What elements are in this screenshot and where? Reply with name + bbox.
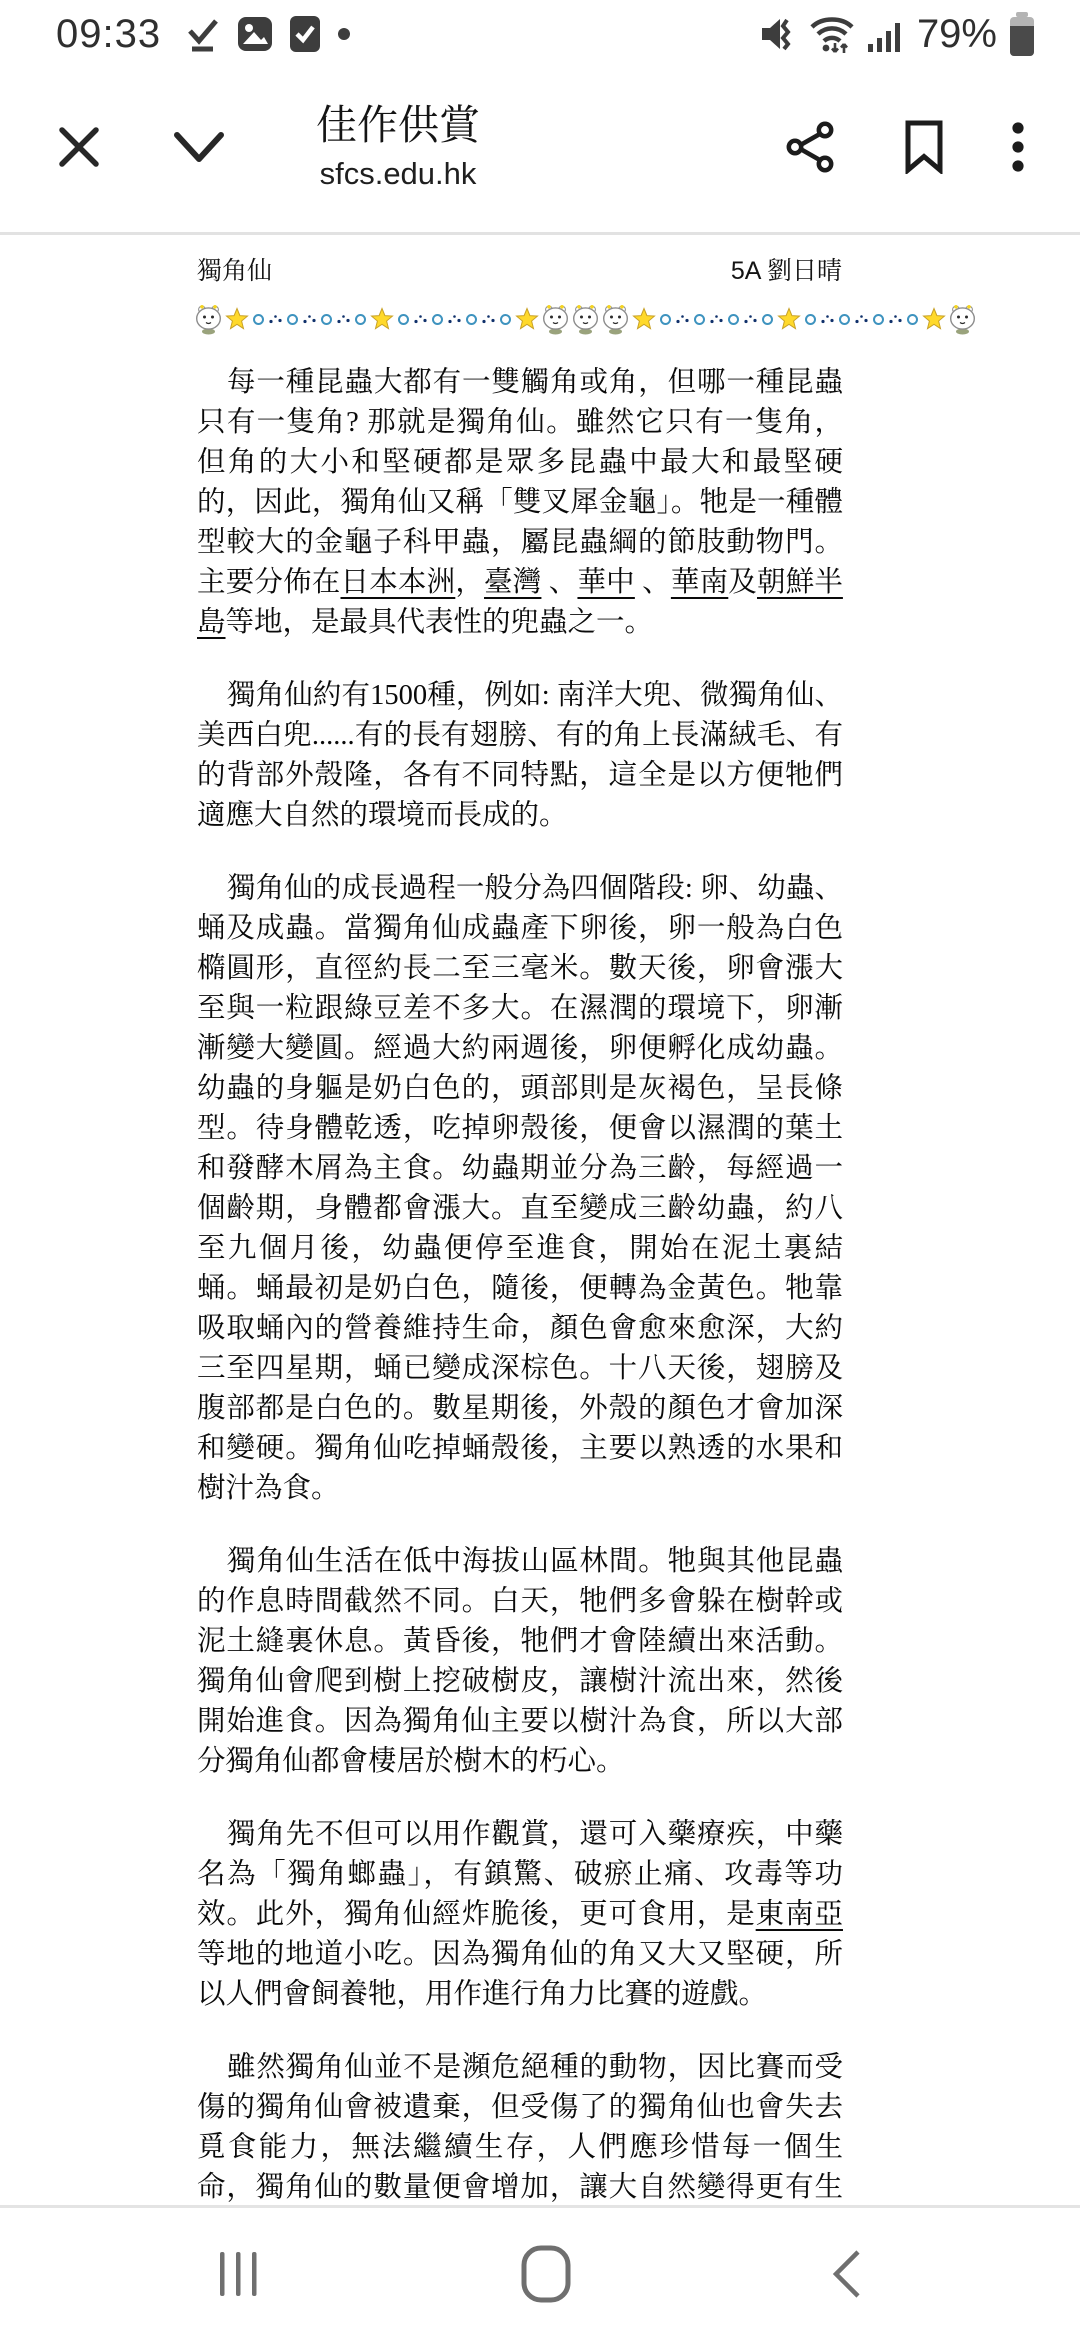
dot-circle-icon — [354, 313, 367, 326]
paragraph: 每一種昆蟲大都有一雙觸角或角，但哪一種昆蟲只有一隻角? 那就是獨角仙。雖然它只有… — [197, 363, 843, 643]
underlined-term: 臺灣 — [484, 567, 541, 598]
paragraph: 獨角仙的成長過程一般分為四個階段: 卵、幼蟲、蛹及成蟲。當獨角仙成蟲產下卵後，卵… — [197, 869, 843, 1509]
tiny-dots-icon — [854, 313, 869, 326]
dot-circle-icon — [872, 313, 885, 326]
beetle-face-icon — [602, 303, 629, 335]
dot-circle-icon — [727, 313, 740, 326]
star-icon — [922, 307, 946, 331]
tiny-dots-icon — [675, 313, 690, 326]
bookmark-icon[interactable] — [902, 120, 946, 174]
tiny-dots-icon — [268, 313, 283, 326]
text-run: 、 — [635, 567, 671, 598]
signal-icon — [866, 14, 906, 54]
text-run: 、 — [541, 567, 577, 598]
paragraph: 獨角先不但可以用作觀賞，還可入藥療疾，中藥名為「獨角螂蟲」，有鎮驚、破瘀止痛、攻… — [197, 1815, 843, 2015]
gallery-icon — [237, 16, 273, 52]
chevron-down-icon[interactable] — [172, 129, 226, 165]
text-run: 獨角仙約有1500種，例如: 南洋大兜、微獨角仙、美西白兜......有的長有翅… — [197, 680, 843, 831]
underlined-term: 東南亞 — [756, 1899, 843, 1930]
beetle-face-icon — [572, 303, 599, 335]
task-check-icon — [289, 15, 321, 53]
text-run: 等地，是最具代表性的兜蟲之一。 — [226, 607, 654, 638]
document-header: 獨角仙 5A 劉日晴 — [197, 251, 842, 287]
battery-icon — [1008, 11, 1036, 57]
navigation-bar — [0, 2205, 1080, 2340]
page-title-block: 佳作供賞 sfcs.edu.hk — [316, 102, 480, 191]
underlined-term: 華中 — [577, 567, 634, 598]
text-run: 等地的地道小吃。因為獨角仙的角又大又堅硬，所以人們會飼養牠，用作進行角力比賽的遊… — [197, 1939, 843, 2010]
download-check-icon — [185, 15, 221, 53]
mute-vibrate-icon — [758, 14, 798, 54]
dot-circle-icon — [693, 313, 706, 326]
notification-dot — [337, 27, 351, 41]
dot-circle-icon — [252, 313, 265, 326]
star-icon — [225, 307, 249, 331]
doc-paragraphs: 每一種昆蟲大都有一雙觸角或角，但哪一種昆蟲只有一隻角? 那就是獨角仙。雖然它只有… — [197, 363, 843, 2248]
tiny-dots-icon — [302, 313, 317, 326]
dot-circle-icon — [286, 313, 299, 326]
text-run: 獨角仙生活在低中海拔山區林間。牠與其他昆蟲的作息時間截然不同。白天，牠們多會躲在… — [197, 1546, 843, 1777]
tiny-dots-icon — [447, 313, 462, 326]
beetle-face-icon — [949, 303, 976, 335]
battery-percent: 79% — [917, 12, 997, 57]
star-icon — [370, 307, 394, 331]
tiny-dots-icon — [413, 313, 428, 326]
star-icon — [515, 307, 539, 331]
dot-circle-icon — [761, 313, 774, 326]
status-bar: 09:33 — [0, 0, 1080, 62]
dot-circle-icon — [659, 313, 672, 326]
phone-screen: 09:33 — [0, 0, 1080, 2340]
share-icon[interactable] — [785, 121, 837, 173]
recents-icon[interactable] — [218, 2250, 260, 2298]
dot-circle-icon — [320, 313, 333, 326]
paragraph: 獨角仙約有1500種，例如: 南洋大兜、微獨角仙、美西白兜......有的長有翅… — [197, 676, 843, 836]
status-left: 09:33 — [56, 12, 351, 57]
decorative-divider — [195, 299, 1080, 339]
tiny-dots-icon — [743, 313, 758, 326]
app-bar: 佳作供賞 sfcs.edu.hk — [0, 62, 1080, 232]
app-bar-actions — [785, 120, 1025, 174]
text-run: ， — [455, 567, 484, 598]
star-icon — [777, 307, 801, 331]
clock: 09:33 — [56, 12, 161, 57]
essay-author: 5A 劉日晴 — [731, 251, 842, 287]
document-viewer[interactable]: 獨角仙 5A 劉日晴 — [0, 235, 1080, 2205]
dot-circle-icon — [397, 313, 410, 326]
tiny-dots-icon — [481, 313, 496, 326]
tiny-dots-icon — [888, 313, 903, 326]
text-run: 獨角先不但可以用作觀賞，還可入藥療疾，中藥名為「獨角螂蟲」，有鎮驚、破瘀止痛、攻… — [197, 1819, 843, 1930]
page-title: 佳作供賞 — [316, 102, 480, 149]
essay-title: 獨角仙 — [197, 251, 272, 287]
tiny-dots-icon — [709, 313, 724, 326]
close-icon[interactable] — [56, 124, 102, 170]
status-right: 79% — [758, 11, 1036, 57]
dot-circle-icon — [906, 313, 919, 326]
underlined-term: 日本本洲 — [341, 567, 456, 598]
tiny-dots-icon — [820, 313, 835, 326]
beetle-face-icon — [195, 303, 222, 335]
dot-circle-icon — [499, 313, 512, 326]
dot-circle-icon — [838, 313, 851, 326]
dot-circle-icon — [431, 313, 444, 326]
text-run: 每一種昆蟲大都有一雙觸角或角，但哪一種昆蟲只有一隻角? 那就是獨角仙。雖然它只有… — [197, 367, 843, 598]
tiny-dots-icon — [336, 313, 351, 326]
home-icon[interactable] — [521, 2245, 571, 2303]
back-icon[interactable] — [832, 2249, 862, 2299]
text-run: 獨角仙的成長過程一般分為四個階段: 卵、幼蟲、蛹及成蟲。當獨角仙成蟲產下卵後，卵… — [197, 873, 843, 1504]
more-vertical-icon[interactable] — [1011, 121, 1025, 173]
page-domain: sfcs.edu.hk — [316, 156, 480, 192]
wifi-icon — [809, 13, 855, 55]
paragraph: 獨角仙生活在低中海拔山區林間。牠與其他昆蟲的作息時間截然不同。白天，牠們多會躲在… — [197, 1542, 843, 1782]
dot-circle-icon — [465, 313, 478, 326]
beetle-face-icon — [542, 303, 569, 335]
dot-circle-icon — [804, 313, 817, 326]
underlined-term: 華南 — [671, 567, 728, 598]
text-run: 及 — [728, 567, 757, 598]
star-icon — [632, 307, 656, 331]
